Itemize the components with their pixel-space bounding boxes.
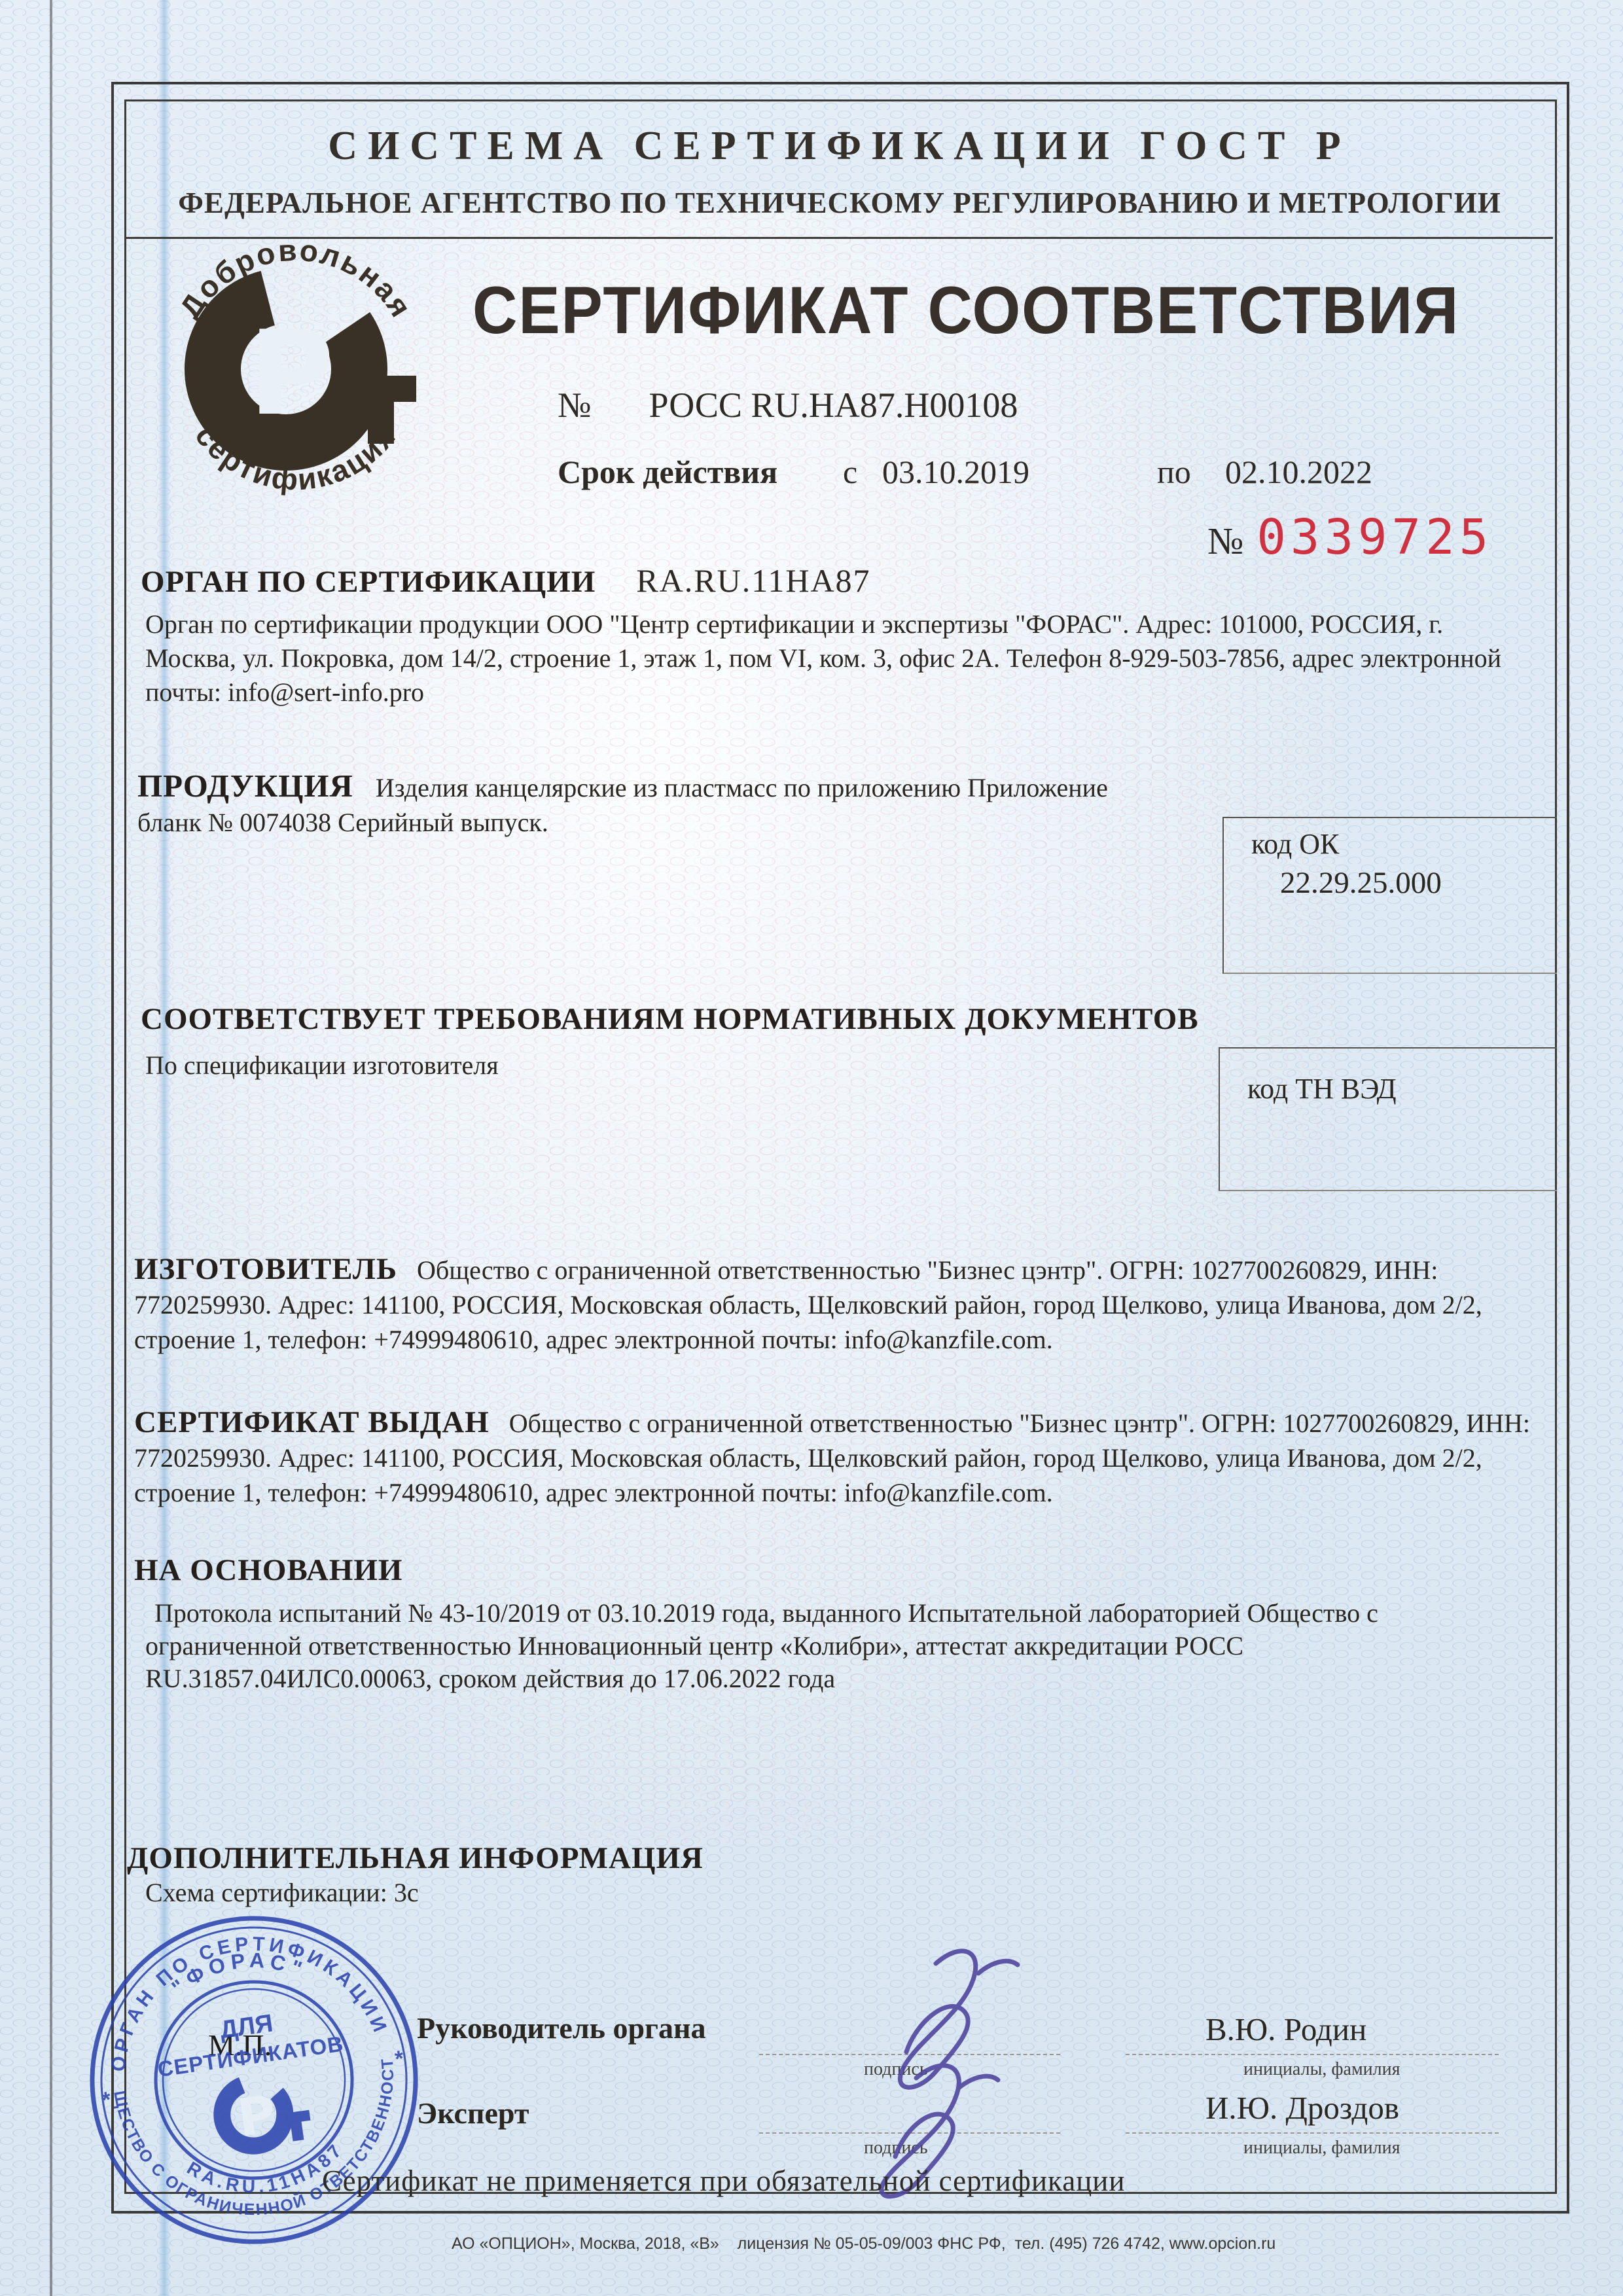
blank-number-sign: №: [1207, 519, 1243, 563]
tnved-code-box: код ТН ВЭД: [1219, 1047, 1557, 1191]
system-title: СИСТЕМА СЕРТИФИКАЦИИ ГОСТ Р: [126, 123, 1553, 170]
certificate-number-line: №РОСС RU.HA87.H00108: [558, 385, 1018, 425]
basis-label: НА ОСНОВАНИИ: [134, 1552, 402, 1588]
scan-edge: [50, 0, 52, 2296]
issued-to-section: СЕРТИФИКАТ ВЫДАНОбщество с ограниченной …: [134, 1405, 1543, 1510]
certificate-number: РОСС RU.HA87.H00108: [649, 386, 1018, 425]
manufacturer-label: ИЗГОТОВИТЕЛЬ: [134, 1252, 397, 1286]
certification-body-row: ОРГАН ПО СЕРТИФИКАЦИИRA.RU.11HA87: [141, 562, 871, 600]
head-name-caption: инициалы, фамилия: [1243, 2059, 1400, 2080]
basis-text: Протокола испытаний № 43-10/2019 от 03.1…: [145, 1597, 1526, 1695]
validity-from-date: 03.10.2019: [882, 453, 1029, 491]
rst-voluntary-certification-logo: Добровольная сертификация Р: [152, 224, 440, 512]
issued-to-label: СЕРТИФИКАТ ВЫДАН: [134, 1405, 490, 1439]
blank-number-digits: 0339725: [1257, 509, 1493, 565]
footnote: Сертификат не применяется при обязательн…: [322, 2164, 1125, 2198]
certification-body-code: RA.RU.11HA87: [636, 562, 870, 599]
agency-title: ФЕДЕРАЛЬНОЕ АГЕНТСТВО ПО ТЕХНИЧЕСКОМУ РЕ…: [131, 186, 1548, 220]
product-label: ПРОДУКЦИЯ: [137, 768, 353, 804]
ok-code-label: код ОК: [1251, 827, 1339, 861]
stamp-mark-p: Р: [234, 2085, 279, 2148]
additional-info-label: ДОПОЛНИТЕЛЬНАЯ ИНФОРМАЦИЯ: [127, 1840, 704, 1876]
certification-body-stamp: ОРГАН ПО СЕРТИФИКАЦИИ ОБЩЕСТВО С ОГРАНИЧ…: [77, 1903, 431, 2257]
certification-body-label: ОРГАН ПО СЕРТИФИКАЦИИ: [141, 565, 596, 599]
validity-label: Срок действия: [558, 453, 777, 491]
head-name-line: [1126, 2054, 1499, 2055]
validity-to-label: по: [1157, 453, 1191, 491]
logo-letter-p: Р: [249, 306, 334, 441]
head-name: В.Ю. Родин: [1205, 2011, 1366, 2048]
tnved-code-label: код ТН ВЭД: [1247, 1072, 1397, 1105]
validity-from-label: с: [843, 453, 857, 491]
head-of-body-label: Руководитель органа: [417, 2011, 705, 2045]
expert-name-line: [1126, 2132, 1499, 2134]
validity-to-date: 02.10.2022: [1225, 453, 1372, 491]
stamp-center-line1: ДЛЯ: [219, 2009, 275, 2044]
ok-code-value: 22.29.25.000: [1280, 865, 1442, 901]
manufacturer-section: ИЗГОТОВИТЕЛЬОбщество с ограниченной отве…: [134, 1251, 1539, 1357]
document-title: СЕРТИФИКАТ СООТВЕТСТВИЯ: [473, 272, 1459, 349]
blank-serial-number: № 0339725: [1207, 509, 1493, 565]
compliance-label: СООТВЕТСТВУЕТ ТРЕБОВАНИЯМ НОРМАТИВНЫХ ДО…: [141, 1001, 1253, 1037]
expert-name-caption: инициалы, фамилия: [1243, 2138, 1400, 2159]
product-section: ПРОДУКЦИЯИзделия канцелярские из пластма…: [137, 767, 1158, 840]
stamp-rst-mark: Р: [204, 2064, 315, 2164]
stamp-star-left: *: [100, 2087, 113, 2113]
compliance-text: По спецификации изготовителя: [145, 1049, 1192, 1083]
printing-house-imprint: АО «ОПЦИОН», Москва, 2018, «В» лицензия …: [452, 2234, 1185, 2253]
ok-code-box: код ОК 22.29.25.000: [1222, 817, 1557, 974]
expert-label: Эксперт: [417, 2096, 529, 2130]
number-sign: №: [558, 386, 592, 425]
certificate-page: СИСТЕМА СЕРТИФИКАЦИИ ГОСТ Р ФЕДЕРАЛЬНОЕ …: [0, 0, 1623, 2296]
expert-name: И.Ю. Дроздов: [1205, 2089, 1399, 2126]
certification-body-text: Орган по сертификации продукции ООО "Цен…: [145, 607, 1527, 709]
